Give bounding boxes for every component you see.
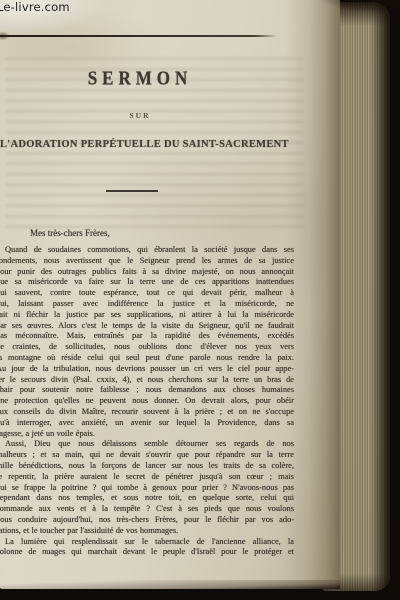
sermon-over-word: SUR — [0, 111, 280, 120]
body-line: qui se frappe la poitrine ? qui tombe à … — [0, 483, 294, 494]
page-bottom-shadow — [0, 580, 340, 589]
body-line: qui, laissant passer avec indifférence l… — [0, 299, 294, 310]
body-line: qu'à interroger, avec anxiété, un avenir… — [0, 418, 294, 429]
body-line: pour punir des outrages publics faits à … — [0, 267, 294, 278]
header-rule — [0, 35, 277, 37]
sermon-subject: L'ADORATION PERPÉTUELLE DU SAINT-SACREME… — [0, 139, 282, 150]
body-line: le repentir, la prière auraient le secre… — [0, 472, 294, 483]
watermark-text: Le-livre.com — [0, 0, 70, 14]
body-line: La lumière qui resplendissait sur le tab… — [0, 537, 294, 548]
body-line: chair pour soutenir notre faiblesse ; no… — [0, 385, 294, 396]
book-photo: Le-livre.com SERMON SUR L'ADORATION PERP… — [0, 0, 400, 600]
body-line: pas méconnaître. Mais, entraînés par la … — [0, 331, 294, 342]
body-line: aux conseils du divin Maître, recourir s… — [0, 407, 294, 418]
top-corner-shadow — [295, 0, 400, 26]
section-divider-rule — [106, 190, 158, 192]
body-line: Aussi, Dieu que nous délaissons semble d… — [0, 439, 294, 450]
body-line: rations, et le toucher par l'assiduité d… — [0, 526, 294, 537]
body-line: Quand de soudaines commotions, qui ébran… — [0, 245, 294, 256]
sermon-body-text: Quand de soudaines commotions, qui ébran… — [0, 245, 294, 558]
ink-blot — [0, 30, 14, 40]
body-line: sait ni fléchir la justice par ses suppl… — [0, 310, 294, 321]
body-line: commande aux vents et à la tempête ? C'e… — [0, 504, 294, 515]
book-page: Le-livre.com SERMON SUR L'ADORATION PERP… — [0, 0, 340, 589]
page-curve-shadow — [286, 0, 340, 589]
body-line: qui sauvent, contre toute espérance, tou… — [0, 288, 294, 299]
body-line: vous conduire aujourd'hui, nos très-cher… — [0, 515, 294, 526]
body-line: de craintes, de sollicitudes, nous oubli… — [0, 342, 294, 353]
sermon-title: SERMON — [0, 67, 280, 91]
body-line: ler le secours divin (Psal. cxxix, 4), e… — [0, 375, 294, 386]
body-line: Au jour de la tribulation, nous devrions… — [0, 364, 294, 375]
body-line: que sa miséricorde va faire sur la terre… — [0, 277, 294, 288]
body-line: cependant dans nos temples, et sous notr… — [0, 493, 294, 504]
body-line: fondements, nous avertissent que le Seig… — [0, 256, 294, 267]
body-line: la montagne où réside celui qui seul peu… — [0, 353, 294, 364]
salutation: Mes très-chers Frères, — [30, 228, 110, 238]
body-line: colonne de nuages qui marchait devant le… — [0, 547, 294, 558]
body-line: sagesse, a jeté un voile épais. — [0, 429, 294, 440]
body-line: malheurs ; et sa main, qui ne devait s'o… — [0, 450, 294, 461]
body-line: par ses œuvres. Alors c'est le temps de … — [0, 321, 294, 332]
body-line: une protection qu'elles ne peuvent nous … — [0, 396, 294, 407]
body-line: mille bénédictions, nous la forçons de l… — [0, 461, 294, 472]
